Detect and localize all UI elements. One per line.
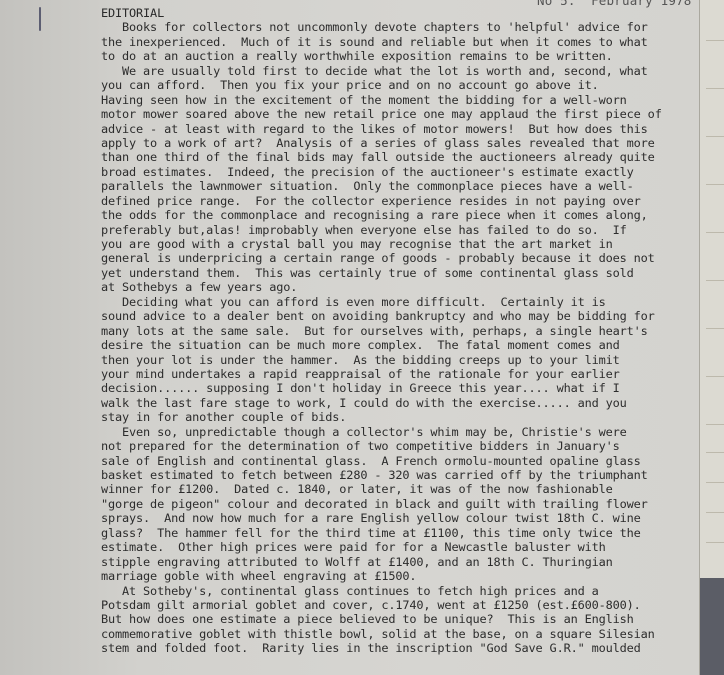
ruled-line: [706, 40, 724, 41]
text-line: Having seen how in the excitement of the…: [101, 93, 691, 107]
text-line: yet understand them. This was certainly …: [101, 266, 691, 280]
text-line: marriage goble with wheel engraving at £…: [101, 569, 691, 583]
ruled-line: [706, 136, 724, 137]
text-line: defined price range. For the collector e…: [101, 194, 691, 208]
text-line: walk the last fare stage to work, I coul…: [101, 396, 691, 410]
text-line: stay in for another couple of bids.: [101, 410, 691, 424]
text-line: But how does one estimate a piece believ…: [101, 612, 691, 626]
text-line: parallels the lawnmower situation. Only …: [101, 179, 691, 193]
editorial-body: EDITORIAL Books for collectors not uncom…: [101, 6, 691, 656]
text-line: estimate. Other high prices were paid fo…: [101, 540, 691, 554]
background-surface: [700, 578, 724, 675]
ruled-line: [706, 88, 724, 89]
ruled-line: [706, 512, 724, 513]
text-line: preferably but,alas! improbably when eve…: [101, 223, 691, 237]
ruled-line: [706, 542, 724, 543]
text-line: to do at an auction a really worthwhile …: [101, 49, 691, 63]
ruled-line: [706, 376, 724, 377]
text-line: commemorative goblet with thistle bowl, …: [101, 627, 691, 641]
text-line: glass? The hammer fell for the third tim…: [101, 526, 691, 540]
text-line: motor mower soared above the new retail …: [101, 107, 691, 121]
text-line: stem and folded foot. Rarity lies in the…: [101, 641, 691, 655]
text-line: broad estimates. Indeed, the precision o…: [101, 165, 691, 179]
text-line: At Sotheby's, continental glass continue…: [101, 584, 691, 598]
text-line: Even so, unpredictable though a collecto…: [101, 425, 691, 439]
text-line: desire the situation can be much more co…: [101, 338, 691, 352]
text-line: Deciding what you can afford is even mor…: [101, 295, 691, 309]
text-line: the odds for the commonplace and recogni…: [101, 208, 691, 222]
text-line: apply to a work of art? Analysis of a se…: [101, 136, 691, 150]
text-line: not prepared for the determination of tw…: [101, 439, 691, 453]
text-line: decision...... supposing I don't holiday…: [101, 381, 691, 395]
text-line: Books for collectors not uncommonly devo…: [101, 20, 691, 34]
text-line: stipple engraving attributed to Wolff at…: [101, 555, 691, 569]
text-line: general is underpricing a certain range …: [101, 251, 691, 265]
text-line: "gorge de pigeon" colour and decorated i…: [101, 497, 691, 511]
editorial-lines: Books for collectors not uncommonly devo…: [101, 20, 691, 655]
text-line: basket estimated to fetch between £280 -…: [101, 468, 691, 482]
margin-pencil-mark: [39, 7, 41, 31]
text-line: sound advice to a dealer bent on avoidin…: [101, 309, 691, 323]
ruled-line: [706, 184, 724, 185]
ruled-line: [706, 280, 724, 281]
text-line: sprays. And now how much for a rare Engl…: [101, 511, 691, 525]
text-line: many lots at the same sale. But for ours…: [101, 324, 691, 338]
ruled-line: [706, 328, 724, 329]
ruled-line: [706, 424, 724, 425]
text-line: your mind undertakes a rapid reappraisal…: [101, 367, 691, 381]
ruled-line: [706, 232, 724, 233]
text-line: winner for £1200. Dated c. 1840, or late…: [101, 482, 691, 496]
underlying-page-edge: [699, 0, 724, 675]
text-line: you can afford. Then you fix your price …: [101, 78, 691, 92]
ruled-line: [706, 482, 724, 483]
text-line: sale of English and continental glass. A…: [101, 454, 691, 468]
text-line: then your lot is under the hammer. As th…: [101, 353, 691, 367]
text-line: We are usually told first to decide what…: [101, 64, 691, 78]
text-line: Potsdam gilt armorial goblet and cover, …: [101, 598, 691, 612]
text-line: than one third of the final bids may fal…: [101, 150, 691, 164]
text-line: at Sothebys a few years ago.: [101, 280, 691, 294]
editorial-title: EDITORIAL: [101, 6, 691, 20]
text-line: advice - at least with regard to the lik…: [101, 122, 691, 136]
text-line: you are good with a crystal ball you may…: [101, 237, 691, 251]
text-line: the inexperienced. Much of it is sound a…: [101, 35, 691, 49]
typed-page: No 5. February 1978 EDITORIAL Books for …: [0, 0, 700, 675]
ruled-line: [706, 452, 724, 453]
